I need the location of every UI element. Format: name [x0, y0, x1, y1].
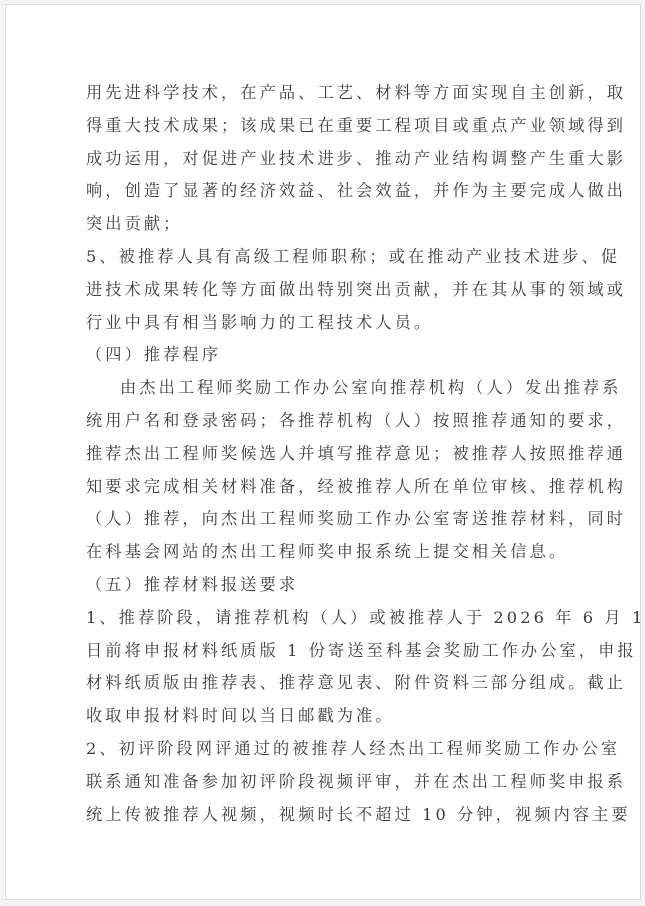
- procedure-paragraph-line: 统用户名和登录密码；各推荐机构（人）按照推荐通知的要求，: [86, 405, 570, 438]
- section-heading-submission: （五）推荐材料报送要求: [86, 569, 570, 602]
- list-item-5-line: 行业中具有相当影响力的工程技术人员。: [86, 307, 570, 340]
- procedure-paragraph-line: 推荐杰出工程师奖候选人并填写推荐意见；被推荐人按照推荐通: [86, 438, 570, 471]
- document-page: 用先进科学技术，在产品、工艺、材料等方面实现自主创新，取 得重大技术成果；该成果…: [5, 4, 641, 900]
- section-heading-procedure: （四）推荐程序: [86, 339, 570, 372]
- paragraph-line: 成功运用，对促进产业技术进步、推动产业结构调整产生重大影: [86, 143, 570, 176]
- submission-item-2-line: 2、初评阶段网评通过的被推荐人经杰出工程师奖励工作办公室: [86, 733, 570, 766]
- procedure-paragraph-line: 由杰出工程师奖励工作办公室向推荐机构（人）发出推荐系: [86, 372, 570, 405]
- procedure-paragraph-line: 知要求完成相关材料准备，经被推荐人所在单位审核、推荐机构: [86, 471, 570, 504]
- paragraph-line: 响，创造了显著的经济效益、社会效益，并作为主要完成人做出: [86, 175, 570, 208]
- submission-item-1-line: 1、推荐阶段，请推荐机构（人）或被推荐人于 2026 年 6 月 10: [86, 602, 570, 635]
- list-item-5-line: 5、被推荐人具有高级工程师职称；或在推动产业技术进步、促: [86, 241, 570, 274]
- submission-item-2-line: 联系通知准备参加初评阶段视频评审，并在杰出工程师奖申报系: [86, 766, 570, 799]
- paragraph-line: 用先进科学技术，在产品、工艺、材料等方面实现自主创新，取: [86, 77, 570, 110]
- submission-item-2-line: 统上传被推荐人视频，视频时长不超过 10 分钟，视频内容主要: [86, 799, 570, 832]
- submission-item-1-line: 日前将申报材料纸质版 1 份寄送至科基会奖励工作办公室，申报: [86, 635, 570, 668]
- paragraph-line: 得重大技术成果；该成果已在重要工程项目或重点产业领域得到: [86, 110, 570, 143]
- list-item-5-line: 进技术成果转化等方面做出特别突出贡献，并在其从事的领域或: [86, 274, 570, 307]
- procedure-paragraph-line: 在科基会网站的杰出工程师奖申报系统上提交相关信息。: [86, 536, 570, 569]
- paragraph-line: 突出贡献；: [86, 208, 570, 241]
- submission-item-1-line: 收取申报材料时间以当日邮戳为准。: [86, 700, 570, 733]
- procedure-paragraph-line: （人）推荐，向杰出工程师奖励工作办公室寄送推荐材料，同时: [86, 503, 570, 536]
- submission-item-1-line: 材料纸质版由推荐表、推荐意见表、附件资料三部分组成。截止: [86, 667, 570, 700]
- document-body: 用先进科学技术，在产品、工艺、材料等方面实现自主创新，取 得重大技术成果；该成果…: [86, 77, 570, 831]
